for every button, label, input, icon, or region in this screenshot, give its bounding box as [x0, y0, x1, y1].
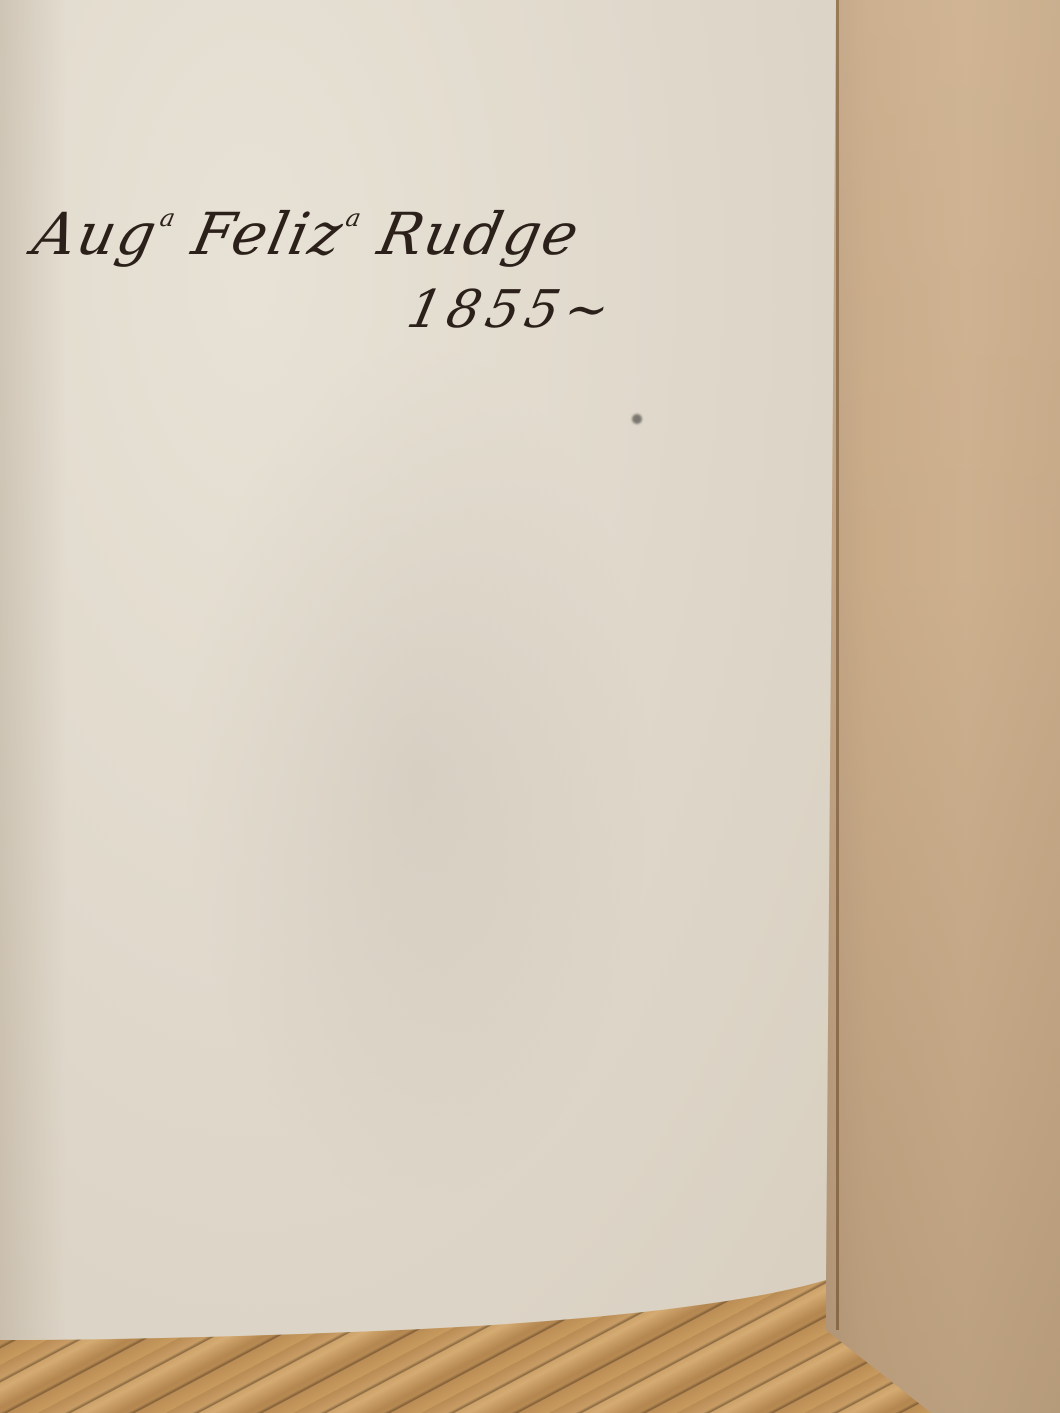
flyleaf-page: Auga Feliza Rudge 1855~ [0, 0, 836, 1340]
name-part-aug: Aug [27, 200, 164, 268]
inscription-year: 1855~ [402, 280, 621, 340]
name-part-rudge: Rudge [372, 200, 586, 268]
name-part-feliz: Feliz [187, 200, 351, 268]
facing-endpaper [826, 0, 1060, 1413]
inscription-name: Auga Feliza Rudge [27, 200, 586, 268]
page-gutter [836, 0, 839, 1330]
foxing-spot [632, 414, 642, 424]
book-photo: Auga Feliza Rudge 1855~ [0, 0, 1060, 1413]
